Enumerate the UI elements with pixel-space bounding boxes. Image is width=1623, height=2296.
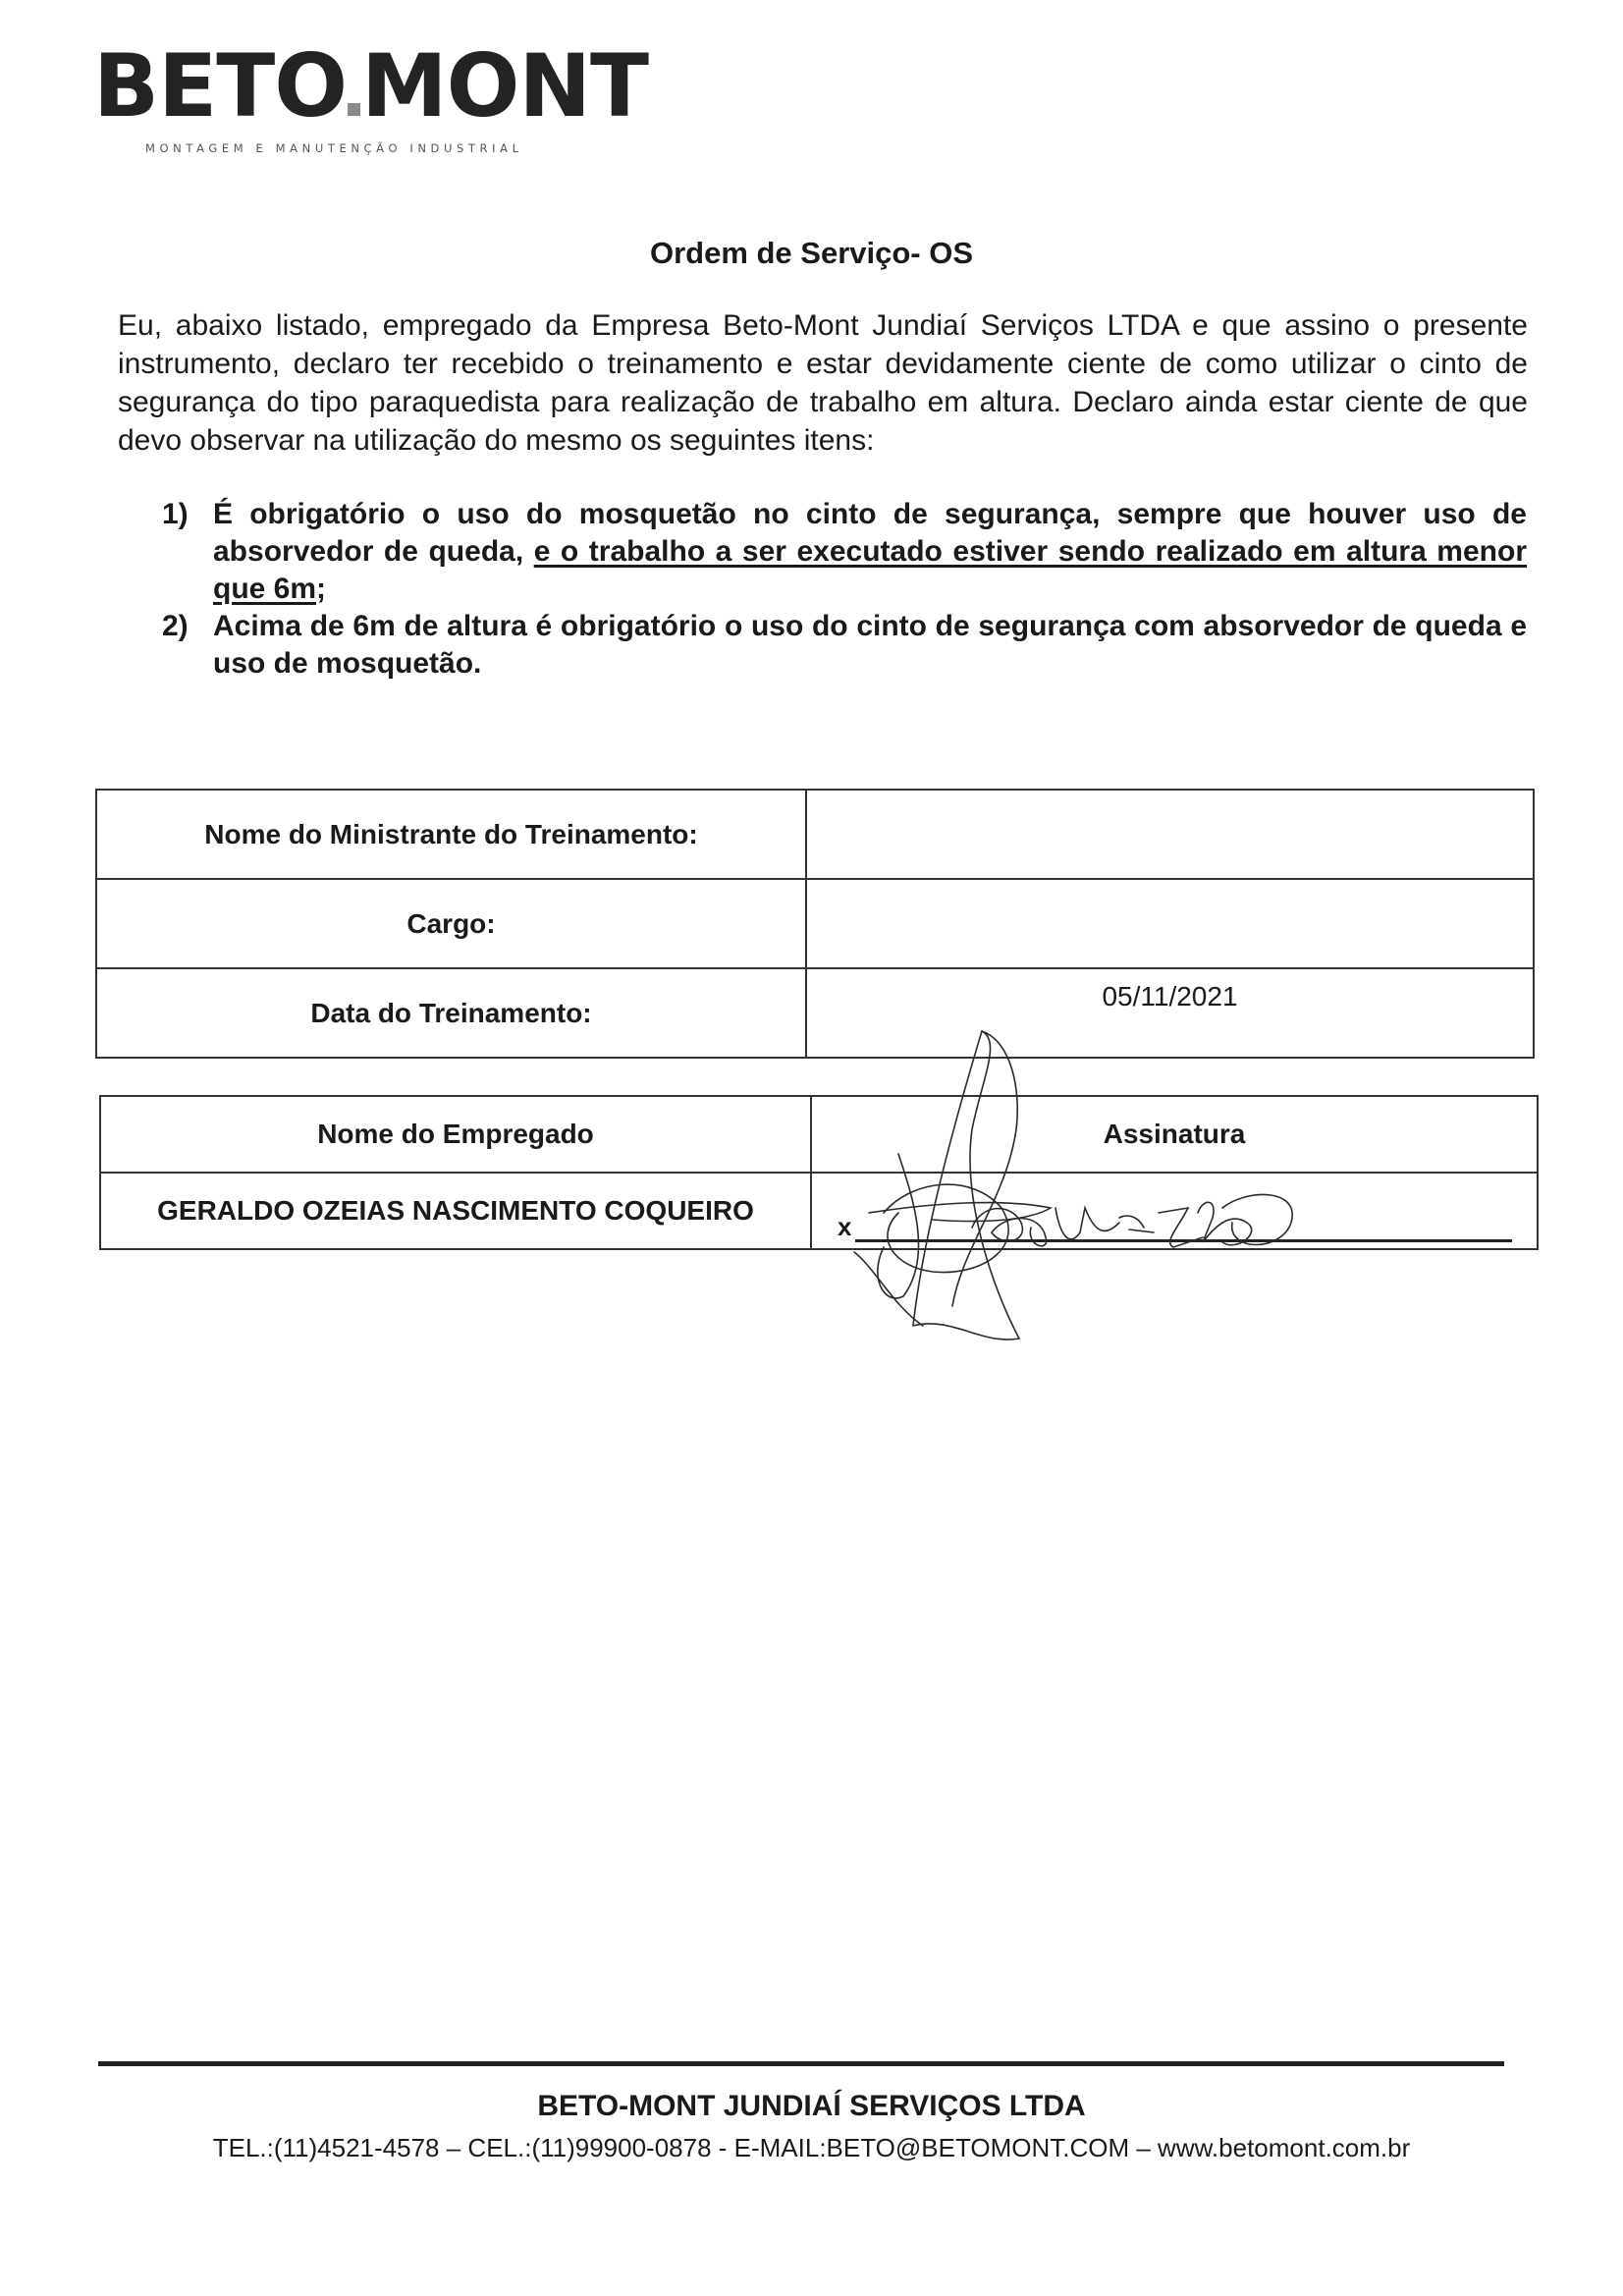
employee-name: GERALDO OZEIAS NASCIMENTO COQUEIRO — [100, 1173, 811, 1249]
list-item: 2) Acima de 6m de altura é obrigatório o… — [162, 608, 1527, 683]
list-item: 1) É obrigatório o uso do mosquetão no c… — [162, 496, 1527, 608]
item-text: Acima de 6m de altura é obrigatório o us… — [213, 608, 1527, 683]
item-number: 2) — [162, 608, 213, 683]
trainer-name-field[interactable] — [806, 790, 1534, 879]
employee-name-header: Nome do Empregado — [100, 1096, 811, 1173]
trainer-name-label: Nome do Ministrante do Treinamento: — [96, 790, 806, 879]
intro-paragraph: Eu, abaixo listado, empregado da Empresa… — [118, 306, 1528, 460]
training-date-field[interactable]: 05/11/2021 — [806, 968, 1534, 1058]
item-text-end: ; — [316, 573, 326, 605]
footer-divider — [98, 2061, 1504, 2066]
item-number: 1) — [162, 496, 213, 608]
signature-prefix: x — [838, 1212, 851, 1242]
logo-tagline: MONTAGEM E MANUTENÇÃO INDUSTRIAL — [145, 141, 523, 155]
requirements-list: 1) É obrigatório o uso do mosquetão no c… — [162, 496, 1527, 683]
signature-line — [855, 1239, 1512, 1242]
logo-text-right: MONT — [361, 35, 648, 137]
signature-header: Assinatura — [811, 1096, 1538, 1173]
logo-square-mark — [348, 103, 360, 116]
logo-text-left: BETO — [93, 35, 347, 137]
role-label: Cargo: — [96, 879, 806, 968]
employee-signature-table: Nome do Empregado Assinatura GERALDO OZE… — [99, 1095, 1539, 1250]
footer-company-name: BETO-MONT JUNDIAÍ SERVIÇOS LTDA — [0, 2090, 1623, 2123]
training-info-table: Nome do Ministrante do Treinamento: Carg… — [95, 789, 1535, 1059]
item-text: É obrigatório o uso do mosquetão no cint… — [213, 496, 1527, 608]
training-date-label: Data do Treinamento: — [96, 968, 806, 1058]
table-row: Cargo: — [96, 879, 1534, 968]
role-field[interactable] — [806, 879, 1534, 968]
signature-field[interactable]: x — [811, 1173, 1538, 1249]
company-logo: BETOMONT — [93, 43, 648, 130]
table-row: Nome do Ministrante do Treinamento: — [96, 790, 1534, 879]
table-header-row: Nome do Empregado Assinatura — [100, 1096, 1538, 1173]
table-row: GERALDO OZEIAS NASCIMENTO COQUEIRO x — [100, 1173, 1538, 1249]
document-title: Ordem de Serviço- OS — [0, 236, 1623, 271]
footer-contact-line: TEL.:(11)4521-4578 – CEL.:(11)99900-0878… — [0, 2133, 1623, 2163]
table-row: Data do Treinamento: 05/11/2021 — [96, 968, 1534, 1058]
